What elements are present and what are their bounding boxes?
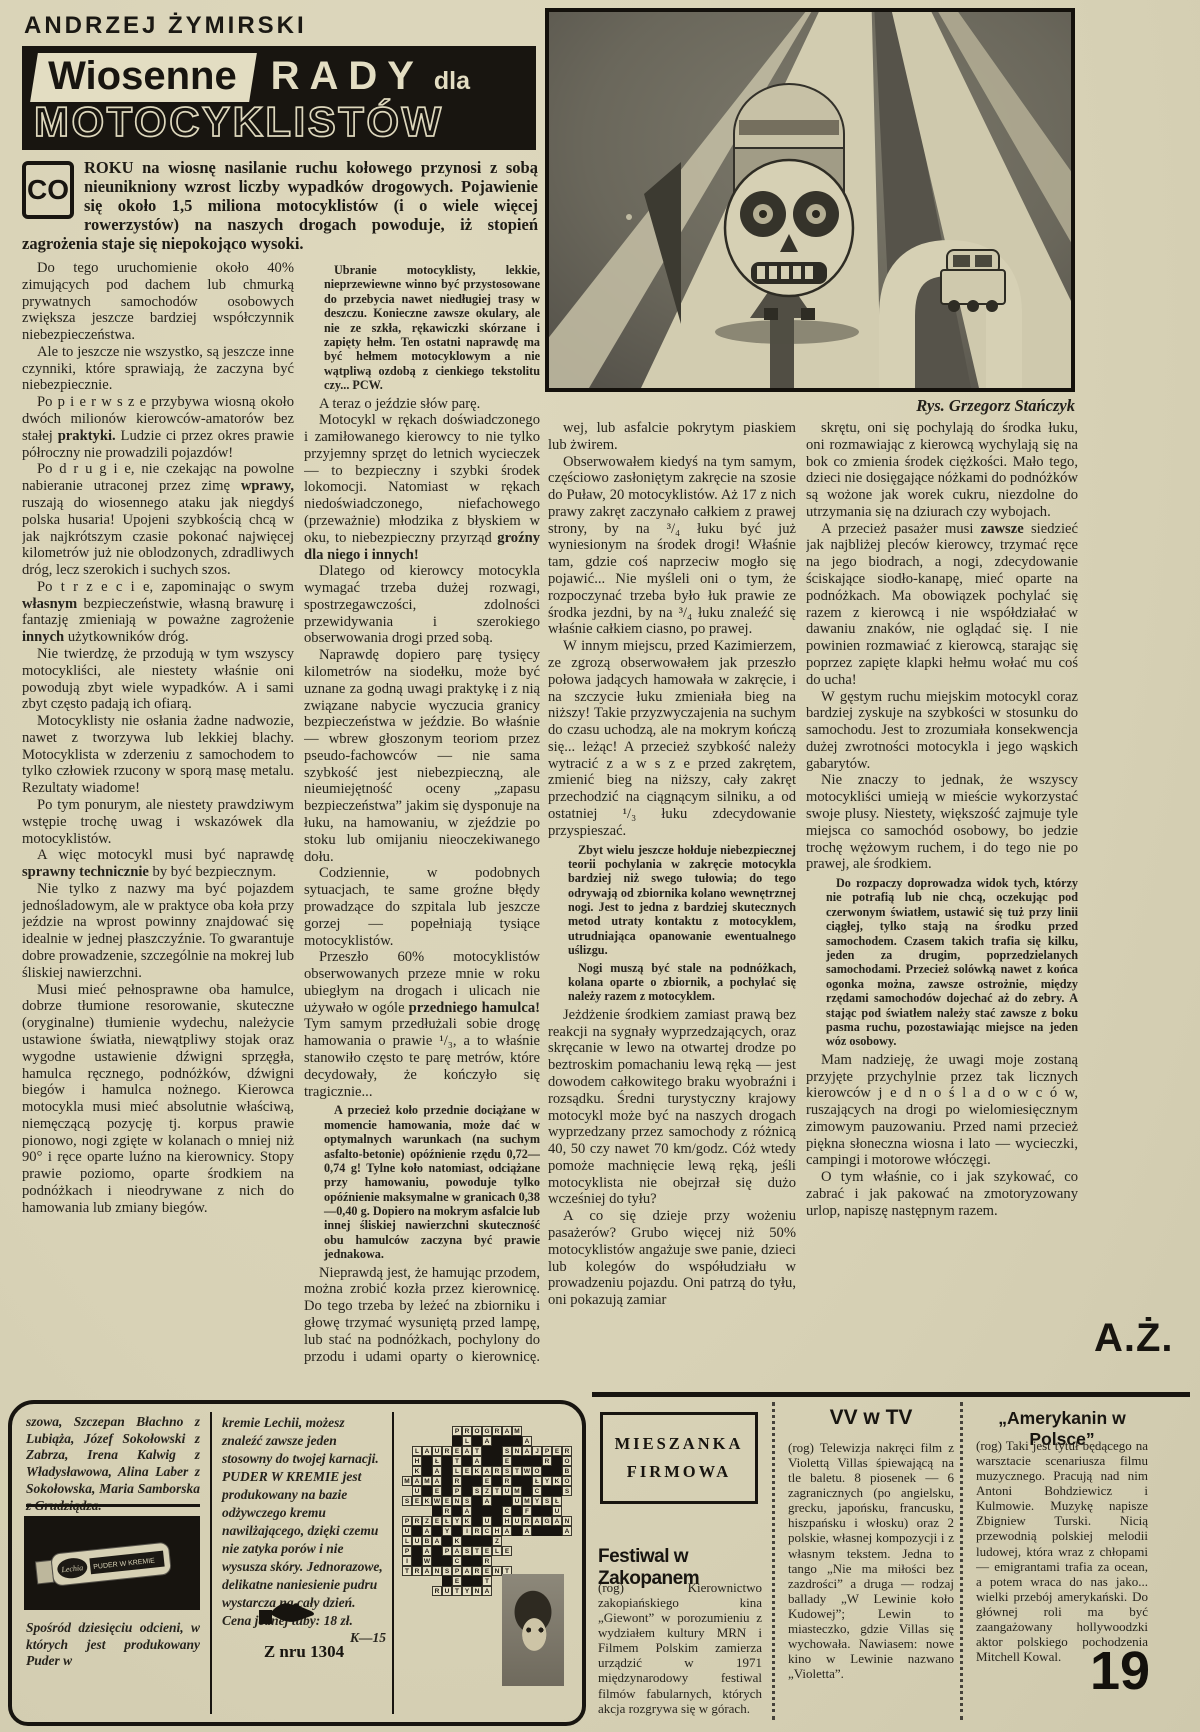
promo-colB-text: kremie Lechii, możesz znaleźć zawsze jed…: [222, 1415, 383, 1628]
truck-window-right: [975, 255, 992, 267]
mieszanka-firmowa-box: MIESZANKA FIRMOWA: [600, 1412, 758, 1504]
crossword-grid: PROGRAMLAALAUREATSNAJPERHŁTAEROKALEKARST…: [402, 1426, 572, 1596]
mieszanka-line-2: FIRMOWA: [603, 1458, 755, 1486]
outline-title-graphic: MOTOCYKLISTÓW: [32, 98, 528, 146]
crossword-panel: PROGRAMLAALAUREATSNAJPERHŁTAEROKALEKARST…: [400, 1412, 578, 1714]
article-column-2: Ubranie motocyklisty, lekkie, nieprzewie…: [304, 260, 540, 1366]
powder-tube-graphic: Lechia PUDER W KREMIE: [24, 1516, 200, 1610]
lead-paragraph: COROKU na wiosnę nasilanie ruchu kołoweg…: [22, 158, 538, 253]
author-initials: A.Ż.: [1094, 1316, 1174, 1361]
promo-box: szowa, Szczepan Błachno z Lubiąża, Józef…: [8, 1400, 586, 1726]
article-column-3: wej, lub asfalcie pokrytym piaskiem lub …: [548, 420, 796, 1368]
tube-cap: [35, 1560, 53, 1584]
vv-heading: VV w TV: [788, 1406, 954, 1430]
pointing-hand-icon: [258, 1600, 314, 1630]
promo-footer-text: Spośród dziesięciu odcieni, w których je…: [26, 1620, 200, 1670]
page-number: 19: [1090, 1640, 1150, 1702]
title-word-rady: RADY: [271, 54, 424, 99]
article-column-4: skrętu, oni się pochylają do środka łuku…: [806, 420, 1078, 1368]
speck: [626, 214, 632, 220]
magazine-page: ANDRZEJ ŻYMIRSKI Wiosenne RADY dla MOTOC…: [0, 0, 1200, 1732]
mieszanka-line-1: MIESZANKA: [603, 1430, 755, 1458]
lead-text: ROKU na wiosnę nasilanie ruchu kołowego …: [22, 158, 538, 253]
promo-names-text: szowa, Szczepan Błachno z Lubiąża, Józef…: [26, 1414, 200, 1514]
title-word-box: Wiosenne: [30, 53, 256, 102]
article-author: ANDRZEJ ŻYMIRSKI: [24, 12, 307, 40]
festiwal-text: (rog) Kierownictwo zakopiańskiego kina „…: [598, 1580, 762, 1728]
rider-foot-left: [764, 308, 778, 320]
rider-shadow: [715, 320, 859, 344]
title-banner: Wiosenne RADY dla MOTOCYKLISTÓW: [22, 46, 536, 150]
article-column-1: Do tego uruchomienie około 40% zimującyc…: [22, 260, 294, 1366]
product-photo: Lechia PUDER W KREMIE: [24, 1516, 200, 1610]
small-truck: [941, 250, 1005, 312]
title-word-motocyklistow: MOTOCYKLISTÓW: [34, 98, 444, 145]
vv-text: (rog) Telewizja nakręci film z Violettą …: [788, 1440, 954, 1724]
helmet-band: [739, 120, 839, 135]
rider-foot-right: [801, 308, 815, 320]
road-skull-drawing: [549, 12, 1071, 388]
bottom-section-rule: [592, 1392, 1190, 1397]
title-line-1: Wiosenne RADY dla: [34, 53, 470, 102]
title-word-dla: dla: [434, 67, 470, 96]
title-word-wiosenne: Wiosenne: [48, 54, 237, 99]
crossword-photo-woman: [502, 1574, 564, 1686]
illustration-caption: Rys. Grzegorz Stańczyk: [545, 396, 1075, 416]
promo-divider-rule: [26, 1504, 200, 1507]
dotted-separator-2: [960, 1402, 963, 1720]
truck-window-left: [953, 255, 970, 267]
road-illustration: [545, 8, 1075, 392]
dropcap-co: CO: [22, 161, 74, 219]
promo-vertical-divider-2: [392, 1412, 394, 1714]
title-line-2: MOTOCYKLISTÓW: [32, 98, 528, 151]
promo-vertical-divider-1: [210, 1412, 212, 1714]
dotted-separator-1: [772, 1402, 775, 1720]
source-note: Z nru 1304: [222, 1642, 386, 1662]
